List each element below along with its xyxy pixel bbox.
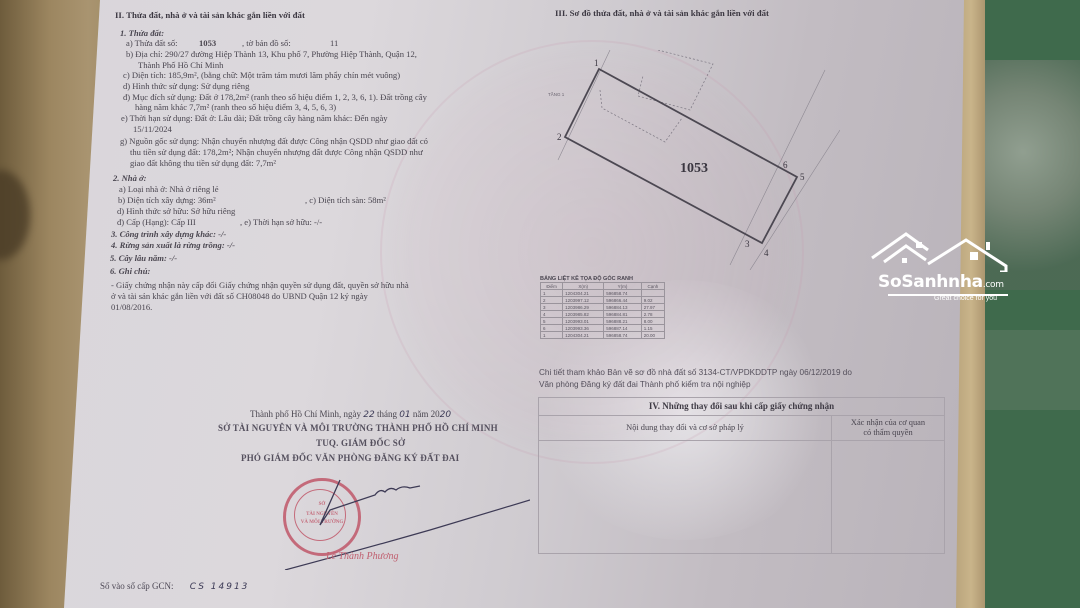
coord-cell: 1.15 bbox=[641, 325, 664, 332]
handwritten-signature bbox=[280, 470, 530, 570]
confirmation-header-line-1: Xác nhận của cơ quan bbox=[832, 418, 944, 428]
section4-heading: IV. Những thay đổi sau khi cấp giấy chứn… bbox=[539, 398, 944, 416]
ownership-term: , e) Thời hạn sở hữu: -/- bbox=[240, 217, 322, 228]
registry-label: Số vào sổ cấp GCN: bbox=[100, 581, 174, 591]
purpose-line-2: hàng năm khác 7,7m² (ranh theo số hiệu đ… bbox=[135, 102, 336, 113]
coord-header-cell: Điểm bbox=[541, 283, 563, 290]
coord-cell: 6 bbox=[541, 325, 563, 332]
coord-cell: 596866.44 bbox=[604, 297, 642, 304]
perennial-trees: 5. Cây lâu năm: -/- bbox=[110, 253, 177, 264]
coord-cell: 596884.81 bbox=[604, 311, 642, 318]
sign-day: 22 bbox=[363, 410, 374, 420]
parcel-diagram: 1053 1 2 3 4 5 6 TẦNG 1 bbox=[540, 50, 840, 270]
note-line-2: ở và tài sản khác gắn liền với đất số CH… bbox=[111, 291, 368, 302]
term-line-1: e) Thời hạn sử dụng: Đất ở: Lâu dài; Đất… bbox=[121, 113, 388, 124]
coord-cell: 2.78 bbox=[641, 311, 664, 318]
coord-cell: 1203997.12 bbox=[563, 297, 604, 304]
coord-cell bbox=[641, 290, 664, 297]
origin-line-1: g) Nguồn gốc sử dụng: Nhận chuyển nhượng… bbox=[120, 136, 428, 147]
floor-label: TẦNG 1 bbox=[548, 91, 565, 97]
coord-cell: 20.00 bbox=[641, 332, 664, 339]
reference-line-1: Chi tiết tham khảo Bản vẽ sơ đồ nhà đất … bbox=[539, 367, 852, 378]
month-label: tháng bbox=[377, 409, 397, 419]
address-line-1: b) Địa chỉ: 290/27 đường Hiệp Thành 13, … bbox=[126, 49, 417, 60]
coord-cell: 1203985.82 bbox=[563, 311, 604, 318]
brand-tld: .com bbox=[983, 280, 1004, 290]
build-area: b) Diện tích xây dựng: 36m² bbox=[118, 195, 216, 206]
coord-header-cell: Y(m) bbox=[604, 283, 642, 290]
signer-name: Lê Thành Phương bbox=[326, 551, 398, 562]
origin-line-2: thu tiền sử dụng đất: 178,2m²; Nhận chuy… bbox=[130, 147, 423, 158]
coord-header-cell: Cạnh bbox=[641, 283, 664, 290]
brand-text: SoSanhnha bbox=[878, 272, 983, 292]
brand-name: SoSanhnha.com bbox=[878, 272, 1004, 292]
coord-cell: 2 bbox=[541, 297, 563, 304]
ownership-form: d) Hình thức sở hữu: Sở hữu riêng bbox=[117, 206, 235, 217]
changes-column-header: Nội dung thay đổi và cơ sở pháp lý bbox=[539, 416, 832, 440]
point-4: 4 bbox=[764, 248, 769, 258]
area: c) Diện tích: 185,9m², (bằng chữ: Một tr… bbox=[123, 70, 400, 81]
map-sheet-label: , tờ bản đồ số: bbox=[242, 38, 291, 49]
coord-cell: 1 bbox=[541, 290, 563, 297]
coord-cell: 1204304.21 bbox=[563, 290, 604, 297]
other-works: 3. Công trình xây dựng khác: -/- bbox=[111, 229, 226, 240]
signer-title: PHÓ GIÁM ĐỐC VĂN PHÒNG ĐĂNG KÝ ĐẤT ĐAI bbox=[241, 453, 459, 463]
coord-cell: 596858.74 bbox=[604, 332, 642, 339]
brand-tagline: Great choice for you bbox=[934, 295, 997, 302]
notes-heading: 6. Ghi chú: bbox=[110, 266, 150, 277]
floor-area: , c) Diện tích sàn: 58m² bbox=[305, 195, 386, 206]
coord-cell: 1203993.36 bbox=[563, 325, 604, 332]
coord-cell: 8.00 bbox=[641, 318, 664, 325]
coord-row: 61203993.36596887.141.15 bbox=[541, 325, 665, 332]
point-5: 5 bbox=[800, 172, 805, 182]
map-sheet-number: 11 bbox=[330, 38, 338, 49]
coord-cell: 596888.21 bbox=[604, 318, 642, 325]
coord-row: 51203993.01596888.218.00 bbox=[541, 318, 665, 325]
sign-month: 01 bbox=[399, 410, 410, 420]
coord-row: 31203986.29596884.1327.97 bbox=[541, 304, 665, 311]
note-line-1: - Giấy chứng nhận này cấp đổi Giấy chứng… bbox=[111, 280, 409, 291]
on-behalf-line: TUQ. GIÁM ĐỐC SỞ bbox=[316, 438, 405, 448]
coordinate-table: BẢNG LIỆT KÊ TỌA ĐỘ GÓC RANH ĐiểmX(m)Y(m… bbox=[540, 276, 665, 339]
parcel-label: a) Thửa đất số: bbox=[126, 38, 178, 49]
origin-line-3: giao đất không thu tiền sử dụng đất: 7,7… bbox=[130, 158, 276, 169]
registry-value: CS 14913 bbox=[190, 582, 250, 592]
coord-cell: 9.02 bbox=[641, 297, 664, 304]
sign-year-suffix: 20 bbox=[440, 410, 451, 420]
coord-cell: 1203993.01 bbox=[563, 318, 604, 325]
coord-cell: 596887.14 bbox=[604, 325, 642, 332]
confirmation-header-line-2: có thẩm quyền bbox=[832, 428, 944, 438]
house-grade: đ) Cấp (Hạng): Cấp III bbox=[117, 217, 196, 228]
coord-cell: 1 bbox=[541, 332, 563, 339]
coord-cell: 4 bbox=[541, 311, 563, 318]
point-6: 6 bbox=[783, 160, 788, 170]
parcel-diagram-label: 1053 bbox=[680, 161, 708, 176]
house-type: a) Loại nhà ở: Nhà ở riêng lẻ bbox=[119, 184, 219, 195]
place-date: Thành phố Hồ Chí Minh, ngày 22 tháng 01 … bbox=[250, 409, 451, 421]
coord-cell: 596858.74 bbox=[604, 290, 642, 297]
confirmation-column-header: Xác nhận của cơ quan có thẩm quyền bbox=[832, 416, 944, 440]
term-line-2: 15/11/2024 bbox=[133, 124, 172, 135]
place-date-prefix: Thành phố Hồ Chí Minh, ngày bbox=[250, 409, 361, 419]
point-3: 3 bbox=[745, 239, 750, 249]
parcel-number: 1053 bbox=[199, 38, 216, 49]
point-2: 2 bbox=[557, 132, 562, 142]
section2-heading: II. Thửa đất, nhà ở và tài sản khác gắn … bbox=[115, 10, 305, 20]
coord-cell: 5 bbox=[541, 318, 563, 325]
usage-form: d) Hình thức sử dụng: Sử dụng riêng bbox=[123, 81, 249, 92]
registry-number: Số vào sổ cấp GCN: CS 14913 bbox=[100, 581, 249, 592]
coord-row: 11204304.21596858.7420.00 bbox=[541, 332, 665, 339]
sosanhnha-watermark: SoSanhnha.com Great choice for you bbox=[866, 228, 1016, 308]
point-1: 1 bbox=[594, 58, 599, 68]
coord-row: 41203985.82596884.812.78 bbox=[541, 311, 665, 318]
coord-row: 11204304.21596858.74 bbox=[541, 290, 665, 297]
issuing-authority: SỞ TÀI NGUYÊN VÀ MÔI TRƯỜNG THÀNH PHỐ HỒ… bbox=[218, 423, 498, 433]
coord-header-cell: X(m) bbox=[563, 283, 604, 290]
changes-table: IV. Những thay đổi sau khi cấp giấy chứn… bbox=[538, 397, 945, 554]
year-label: năm 20 bbox=[413, 409, 440, 419]
coord-cell: 1203986.29 bbox=[563, 304, 604, 311]
reference-line-2: Văn phòng Đăng ký đất đai Thành phố kiểm… bbox=[539, 379, 751, 390]
planted-forest: 4. Rừng sản xuất là rừng trồng: -/- bbox=[111, 240, 235, 251]
coord-row: 21203997.12596866.449.02 bbox=[541, 297, 665, 304]
coord-cell: 596884.13 bbox=[604, 304, 642, 311]
note-line-3: 01/08/2016. bbox=[111, 302, 152, 313]
house-roof-icon bbox=[866, 228, 1016, 272]
house-heading: 2. Nhà ở: bbox=[113, 173, 147, 184]
section3-heading: III. Sơ đồ thửa đất, nhà ở và tài sản kh… bbox=[555, 8, 769, 18]
coord-cell: 1204304.21 bbox=[563, 332, 604, 339]
coord-cell: 3 bbox=[541, 304, 563, 311]
coord-cell: 27.97 bbox=[641, 304, 664, 311]
